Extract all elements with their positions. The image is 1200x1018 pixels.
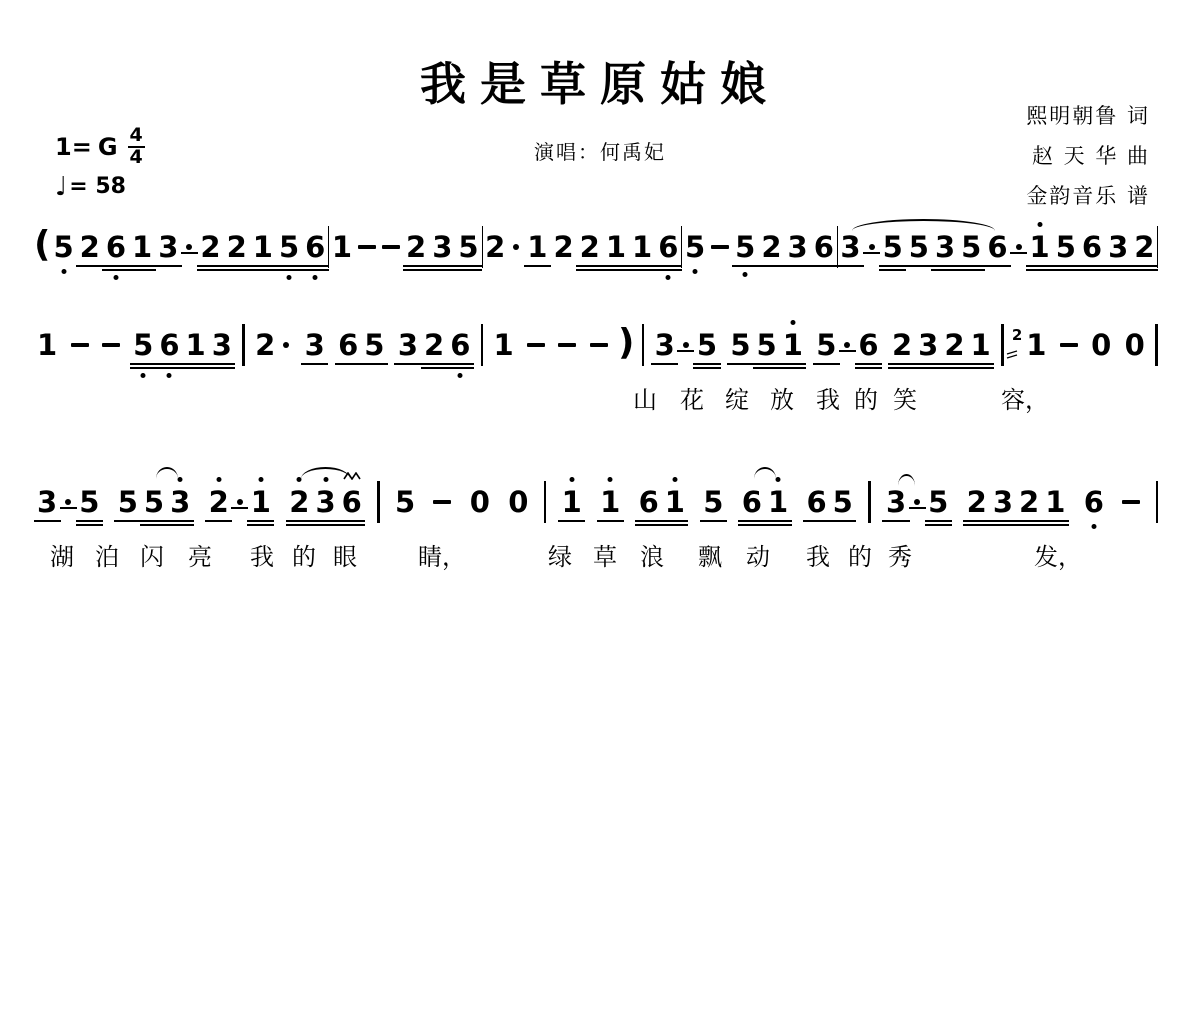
note-group: 21 xyxy=(206,486,274,518)
note: 6 xyxy=(655,231,681,263)
note: 2 xyxy=(197,231,223,263)
score-line: 1561323653261)355515623212100山花绽放我的笑容， xyxy=(0,322,1200,422)
notation-row: 1561323653261)355515623212100 xyxy=(34,322,1158,368)
note-glyph: 3 xyxy=(918,329,938,361)
note-glyph: 1 xyxy=(783,329,803,361)
note: 5 xyxy=(76,486,102,518)
low-octave-dot xyxy=(458,373,463,378)
note: 6 xyxy=(636,486,662,518)
note-glyph: 0 xyxy=(1125,329,1145,361)
barline xyxy=(1155,324,1158,366)
note-glyph: 2 xyxy=(209,486,229,518)
note-group: 551 xyxy=(727,329,806,361)
barline xyxy=(1157,226,1158,268)
note: 5 xyxy=(115,486,141,518)
note-glyph: 2 xyxy=(485,231,505,263)
note: 6 xyxy=(811,231,837,263)
note: 6 xyxy=(1081,486,1107,518)
lyrics-row: 山花绽放我的笑容， xyxy=(0,380,1200,412)
note: 2 xyxy=(550,231,576,263)
note: 1 xyxy=(765,486,791,518)
note-glyph xyxy=(711,245,729,249)
note: 5 xyxy=(1053,231,1079,263)
note-glyph: 1 xyxy=(768,486,788,518)
lyric-syllable: 我 xyxy=(806,537,830,572)
note-glyph xyxy=(382,245,400,249)
dash-note xyxy=(1057,343,1081,347)
note: 2 xyxy=(286,486,312,518)
note-glyph xyxy=(71,343,89,347)
note-glyph: 5 xyxy=(730,329,750,361)
note: 5 xyxy=(361,329,387,361)
note: 1 xyxy=(248,486,274,518)
rhythm-dot xyxy=(839,342,855,348)
lyric-syllable: 浪 xyxy=(640,537,664,572)
note: 2 xyxy=(889,329,915,361)
note-glyph: 3 xyxy=(212,329,232,361)
note-glyph: 5 xyxy=(928,486,948,518)
lyric-syllable: 睛， xyxy=(418,537,466,572)
note-glyph: 6 xyxy=(1082,231,1102,263)
note-group: 21 xyxy=(1011,329,1050,361)
note-glyph xyxy=(513,244,519,250)
high-octave-dot xyxy=(569,477,574,482)
note-group xyxy=(355,245,379,249)
note-group: 65 xyxy=(803,486,855,518)
note-group: 6 xyxy=(1081,486,1107,518)
note: 6 xyxy=(984,231,1010,263)
note: 6 xyxy=(302,231,328,263)
note: 3 xyxy=(883,486,909,518)
note-glyph: 6 xyxy=(159,329,179,361)
lyric-syllable: 眼 xyxy=(333,537,357,572)
note-glyph: 2 xyxy=(1019,486,1039,518)
note-group xyxy=(555,343,579,347)
note-glyph: 2 xyxy=(761,231,781,263)
lyric-syllable: 绿 xyxy=(548,537,572,572)
lyric-syllable: 笑 xyxy=(893,380,917,415)
note: 6 xyxy=(103,231,129,263)
note-group: 56 xyxy=(813,329,881,361)
note-glyph xyxy=(1060,343,1078,347)
dash-note xyxy=(430,500,454,504)
low-octave-dot xyxy=(1091,524,1096,529)
high-octave-dot xyxy=(608,477,613,482)
barline xyxy=(481,324,484,366)
note-glyph: 6 xyxy=(814,231,834,263)
note: 1 xyxy=(559,486,585,518)
note-glyph: 5 xyxy=(1056,231,1076,263)
slur-arc xyxy=(301,467,349,480)
note: 0 xyxy=(1088,329,1114,361)
note: 5 xyxy=(906,231,932,263)
note-glyph: 5 xyxy=(697,329,717,361)
note-group: 1 xyxy=(329,231,355,263)
note-glyph: 0 xyxy=(1091,329,1111,361)
note-glyph: 1 xyxy=(1045,486,1065,518)
note: 3 xyxy=(34,486,60,518)
note-glyph: 1 xyxy=(527,231,547,263)
slur-arc xyxy=(898,474,915,487)
rhythm-dot xyxy=(909,499,925,505)
low-octave-dot xyxy=(61,269,66,274)
barline xyxy=(1156,481,1159,523)
note-group: 32 xyxy=(155,231,223,263)
score-line: (5261322156123521221165523635535615632 xyxy=(0,224,1200,324)
note-glyph: 5 xyxy=(816,329,836,361)
lyric-syllable: 秀 xyxy=(888,537,912,572)
low-octave-dot xyxy=(113,275,118,280)
note-glyph xyxy=(1016,244,1022,250)
low-octave-dot xyxy=(666,275,671,280)
note-glyph: 5 xyxy=(757,329,777,361)
note-glyph: 5 xyxy=(144,486,164,518)
note: 1 xyxy=(1042,486,1068,518)
note-glyph xyxy=(358,245,376,249)
note-glyph: 3 xyxy=(37,486,57,518)
note: 2 xyxy=(577,231,603,263)
open-parenthesis: ( xyxy=(34,227,50,263)
note-glyph: 6 xyxy=(338,329,358,361)
note-glyph: 2 xyxy=(1012,327,1022,344)
note-group: 35 xyxy=(652,329,720,361)
note-group xyxy=(379,245,403,249)
low-octave-dot xyxy=(167,373,172,378)
note-glyph: 5 xyxy=(703,486,723,518)
note: 2 xyxy=(252,329,278,361)
note-group: 52 xyxy=(732,231,784,263)
note: 5 xyxy=(754,329,780,361)
note-glyph: 3 xyxy=(398,329,418,361)
dash-note xyxy=(587,343,611,347)
note-glyph: 3 xyxy=(1108,231,1128,263)
note-group xyxy=(1119,500,1143,504)
note: 3 xyxy=(837,231,863,263)
note-glyph: 5 xyxy=(909,231,929,263)
score: (526132215612352122116552363553561563215… xyxy=(0,0,1200,1018)
note-glyph: 3 xyxy=(993,486,1013,518)
lyric-syllable: 动 xyxy=(746,537,770,572)
note-glyph: 1 xyxy=(600,486,620,518)
dash-note xyxy=(708,245,732,249)
note-group xyxy=(1057,343,1081,347)
note: 1 xyxy=(1027,231,1053,263)
note-glyph: 3 xyxy=(840,231,860,263)
note-glyph: 6 xyxy=(987,231,1007,263)
notation-row: 35553212365001161561653523216 xyxy=(34,479,1158,525)
lyric-syllable: 草 xyxy=(593,537,617,572)
slur-arc xyxy=(156,467,178,480)
note-group: 5 xyxy=(682,231,708,263)
note: 2 xyxy=(1016,486,1042,518)
note-group: 2 xyxy=(482,231,524,263)
note: 5 xyxy=(455,231,481,263)
note-group: 35 xyxy=(34,486,102,518)
note-glyph: 1 xyxy=(606,231,626,263)
note: 1 xyxy=(780,329,806,361)
note-glyph: 3 xyxy=(655,329,675,361)
note-glyph: 1 xyxy=(186,329,206,361)
note-glyph: 3 xyxy=(886,486,906,518)
lyric-syllable: 山 xyxy=(633,380,657,415)
barline xyxy=(242,324,245,366)
note: 2 xyxy=(206,486,232,518)
note: 5 xyxy=(813,329,839,361)
note: 1 xyxy=(250,231,276,263)
note: 2 xyxy=(758,231,784,263)
note: 3 xyxy=(652,329,678,361)
note-glyph: 2 xyxy=(424,329,444,361)
note-glyph: 2 xyxy=(1134,231,1154,263)
note-glyph: 6 xyxy=(106,231,126,263)
note-glyph: 0 xyxy=(470,486,490,518)
lyrics-row: 湖泊闪亮我的眼睛，绿草浪飘动我的秀发， xyxy=(0,537,1200,569)
rhythm-dot xyxy=(278,342,294,348)
note: 2 xyxy=(421,329,447,361)
note: 6 xyxy=(339,486,365,518)
note: 1 xyxy=(129,231,155,263)
high-octave-dot xyxy=(790,320,795,325)
note: 2 xyxy=(224,231,250,263)
note-glyph: 5 xyxy=(53,231,73,263)
note: 3 xyxy=(395,329,421,361)
lyric-syllable: 绽 xyxy=(725,380,749,415)
high-octave-dot xyxy=(178,477,183,482)
lyric-syllable: 我 xyxy=(250,537,274,572)
note-group: 326 xyxy=(395,329,474,361)
note-group: 553 xyxy=(115,486,194,518)
lyric-syllable: 放 xyxy=(770,380,794,415)
note-glyph: 1 xyxy=(562,486,582,518)
note: 6 xyxy=(335,329,361,361)
rhythm-dot xyxy=(1011,244,1027,250)
note: 2 xyxy=(77,231,103,263)
note-glyph: 3 xyxy=(935,231,955,263)
lyric-syllable: 闪 xyxy=(140,537,164,572)
note: 3 xyxy=(932,231,958,263)
dash-note xyxy=(1119,500,1143,504)
note-glyph: 3 xyxy=(315,486,335,518)
note-group: 0 xyxy=(467,486,493,518)
note-glyph xyxy=(844,342,850,348)
lyric-syllable: 湖 xyxy=(50,537,74,572)
note: 5 xyxy=(727,329,753,361)
note-group: 61 xyxy=(739,486,791,518)
slur-arc xyxy=(754,467,776,480)
lyric-syllable: 容， xyxy=(1001,380,1049,415)
low-octave-dot xyxy=(743,272,748,277)
note-group: 0 xyxy=(1088,329,1114,361)
note: 5 xyxy=(925,486,951,518)
note: 1 xyxy=(597,486,623,518)
high-octave-dot xyxy=(1037,222,1042,227)
note-group: 61 xyxy=(984,231,1052,263)
note-glyph: 5 xyxy=(883,231,903,263)
dash-note xyxy=(379,245,403,249)
note: 3 xyxy=(167,486,193,518)
note-glyph: 5 xyxy=(833,486,853,518)
close-parenthesis: ) xyxy=(618,325,634,361)
note-glyph xyxy=(433,500,451,504)
note: 5 xyxy=(700,486,726,518)
note-group: 2 xyxy=(550,231,576,263)
note-glyph: 2 xyxy=(406,231,426,263)
note-glyph xyxy=(683,342,689,348)
note: 5 xyxy=(732,231,758,263)
note: 5 xyxy=(276,231,302,263)
note-glyph: 3 xyxy=(432,231,452,263)
note: 6 xyxy=(855,329,881,361)
note-glyph: 2 xyxy=(553,231,573,263)
note: 2 xyxy=(1131,231,1157,263)
note-glyph: 5 xyxy=(364,329,384,361)
lyric-syllable: 我 xyxy=(816,380,840,415)
note-glyph xyxy=(869,244,875,250)
note-glyph xyxy=(590,343,608,347)
note: 3 xyxy=(155,231,181,263)
note-glyph: 2 xyxy=(289,486,309,518)
rhythm-dot xyxy=(678,342,694,348)
note: 0 xyxy=(1122,329,1148,361)
high-octave-dot xyxy=(672,477,677,482)
lyric-syllable: 飘 xyxy=(698,537,722,572)
note: 6 xyxy=(156,329,182,361)
note: 3 xyxy=(915,329,941,361)
lyric-syllable: 的 xyxy=(292,537,316,572)
barline xyxy=(544,481,547,523)
note-glyph: 1 xyxy=(332,231,352,263)
note: 5 xyxy=(880,231,906,263)
note-glyph: 1 xyxy=(1026,329,1046,361)
note-glyph: 6 xyxy=(305,231,325,263)
note-glyph: 3 xyxy=(305,329,325,361)
note-glyph: 2 xyxy=(200,231,220,263)
barline xyxy=(868,481,871,523)
note-glyph: 2 xyxy=(80,231,100,263)
note-glyph: 2 xyxy=(967,486,987,518)
barline xyxy=(642,324,645,366)
rhythm-dot xyxy=(508,244,524,250)
note-glyph: 5 xyxy=(79,486,99,518)
note-glyph: 5 xyxy=(685,231,705,263)
note: 0 xyxy=(467,486,493,518)
note-glyph: 1 xyxy=(251,486,271,518)
note-group: 5 xyxy=(50,231,76,263)
note-glyph: 5 xyxy=(133,329,153,361)
note-group: 2321 xyxy=(964,486,1069,518)
note-group: 1 xyxy=(524,231,550,263)
note-group: 1 xyxy=(559,486,585,518)
note-glyph: 6 xyxy=(806,486,826,518)
note: 2 xyxy=(482,231,508,263)
note-group: 535 xyxy=(906,231,985,263)
note-group: 261 xyxy=(77,231,156,263)
note: 3 xyxy=(209,329,235,361)
note: 6 xyxy=(803,486,829,518)
note-group: 2 xyxy=(252,329,294,361)
note-group: 5613 xyxy=(130,329,235,361)
dash-note xyxy=(99,343,123,347)
low-octave-dot xyxy=(693,269,698,274)
note-glyph xyxy=(527,343,545,347)
note-glyph: 6 xyxy=(342,486,362,518)
note: 1 xyxy=(34,329,60,361)
note-glyph: 5 xyxy=(735,231,755,263)
note-glyph: 3 xyxy=(170,486,190,518)
note: 0 xyxy=(505,486,531,518)
low-octave-dot xyxy=(313,275,318,280)
note-glyph: 1 xyxy=(971,329,991,361)
high-octave-dot xyxy=(776,477,781,482)
lyric-syllable: 亮 xyxy=(188,537,212,572)
note: 5 xyxy=(958,231,984,263)
note: 6 xyxy=(447,329,473,361)
note: 1 xyxy=(524,231,550,263)
note-group: 35 xyxy=(883,486,951,518)
note-group: 2116 xyxy=(577,231,682,263)
note-glyph: 2 xyxy=(580,231,600,263)
lyric-syllable: 发， xyxy=(1034,537,1082,572)
note-group: 65 xyxy=(335,329,387,361)
note: 6 xyxy=(739,486,765,518)
note-group: 2156 xyxy=(224,231,329,263)
note-glyph xyxy=(914,499,920,505)
note-group: 1 xyxy=(597,486,623,518)
note-glyph: 6 xyxy=(450,329,470,361)
note-group: 61 xyxy=(636,486,688,518)
note: 1 xyxy=(662,486,688,518)
note-group: 3 xyxy=(302,329,328,361)
note: 3 xyxy=(429,231,455,263)
note-glyph xyxy=(283,342,289,348)
note: 1 xyxy=(1023,329,1049,361)
note: 3 xyxy=(785,231,811,263)
note-glyph xyxy=(186,244,192,250)
notation-row: (5261322156123521221165523635535615632 xyxy=(34,224,1158,270)
lyric-syllable: 的 xyxy=(848,537,872,572)
note-group: 5632 xyxy=(1053,231,1158,263)
note-glyph xyxy=(237,499,243,505)
note: 3 xyxy=(302,329,328,361)
note-group xyxy=(68,343,92,347)
note: 1 xyxy=(629,231,655,263)
note-group: 1 xyxy=(491,329,517,361)
dash-note xyxy=(524,343,548,347)
note-group: 0 xyxy=(1122,329,1148,361)
lyric-syllable: 的 xyxy=(854,380,878,415)
high-octave-dot xyxy=(258,477,263,482)
grace-note: 2 xyxy=(1011,337,1023,354)
dash-note xyxy=(68,343,92,347)
note-group xyxy=(524,343,548,347)
note-glyph: 6 xyxy=(742,486,762,518)
note-glyph: 1 xyxy=(665,486,685,518)
note-glyph: 6 xyxy=(658,231,678,263)
rhythm-dot xyxy=(232,499,248,505)
note: 5 xyxy=(682,231,708,263)
note: 5 xyxy=(141,486,167,518)
note-glyph: 3 xyxy=(158,231,178,263)
note-group: 35 xyxy=(837,231,905,263)
barline xyxy=(377,481,380,523)
note-glyph xyxy=(65,499,71,505)
dash-note xyxy=(355,245,379,249)
note-glyph: 2 xyxy=(892,329,912,361)
note-glyph xyxy=(102,343,120,347)
note-glyph: 6 xyxy=(1084,486,1104,518)
grace-slash-icon xyxy=(1006,350,1018,360)
rhythm-dot xyxy=(60,499,76,505)
